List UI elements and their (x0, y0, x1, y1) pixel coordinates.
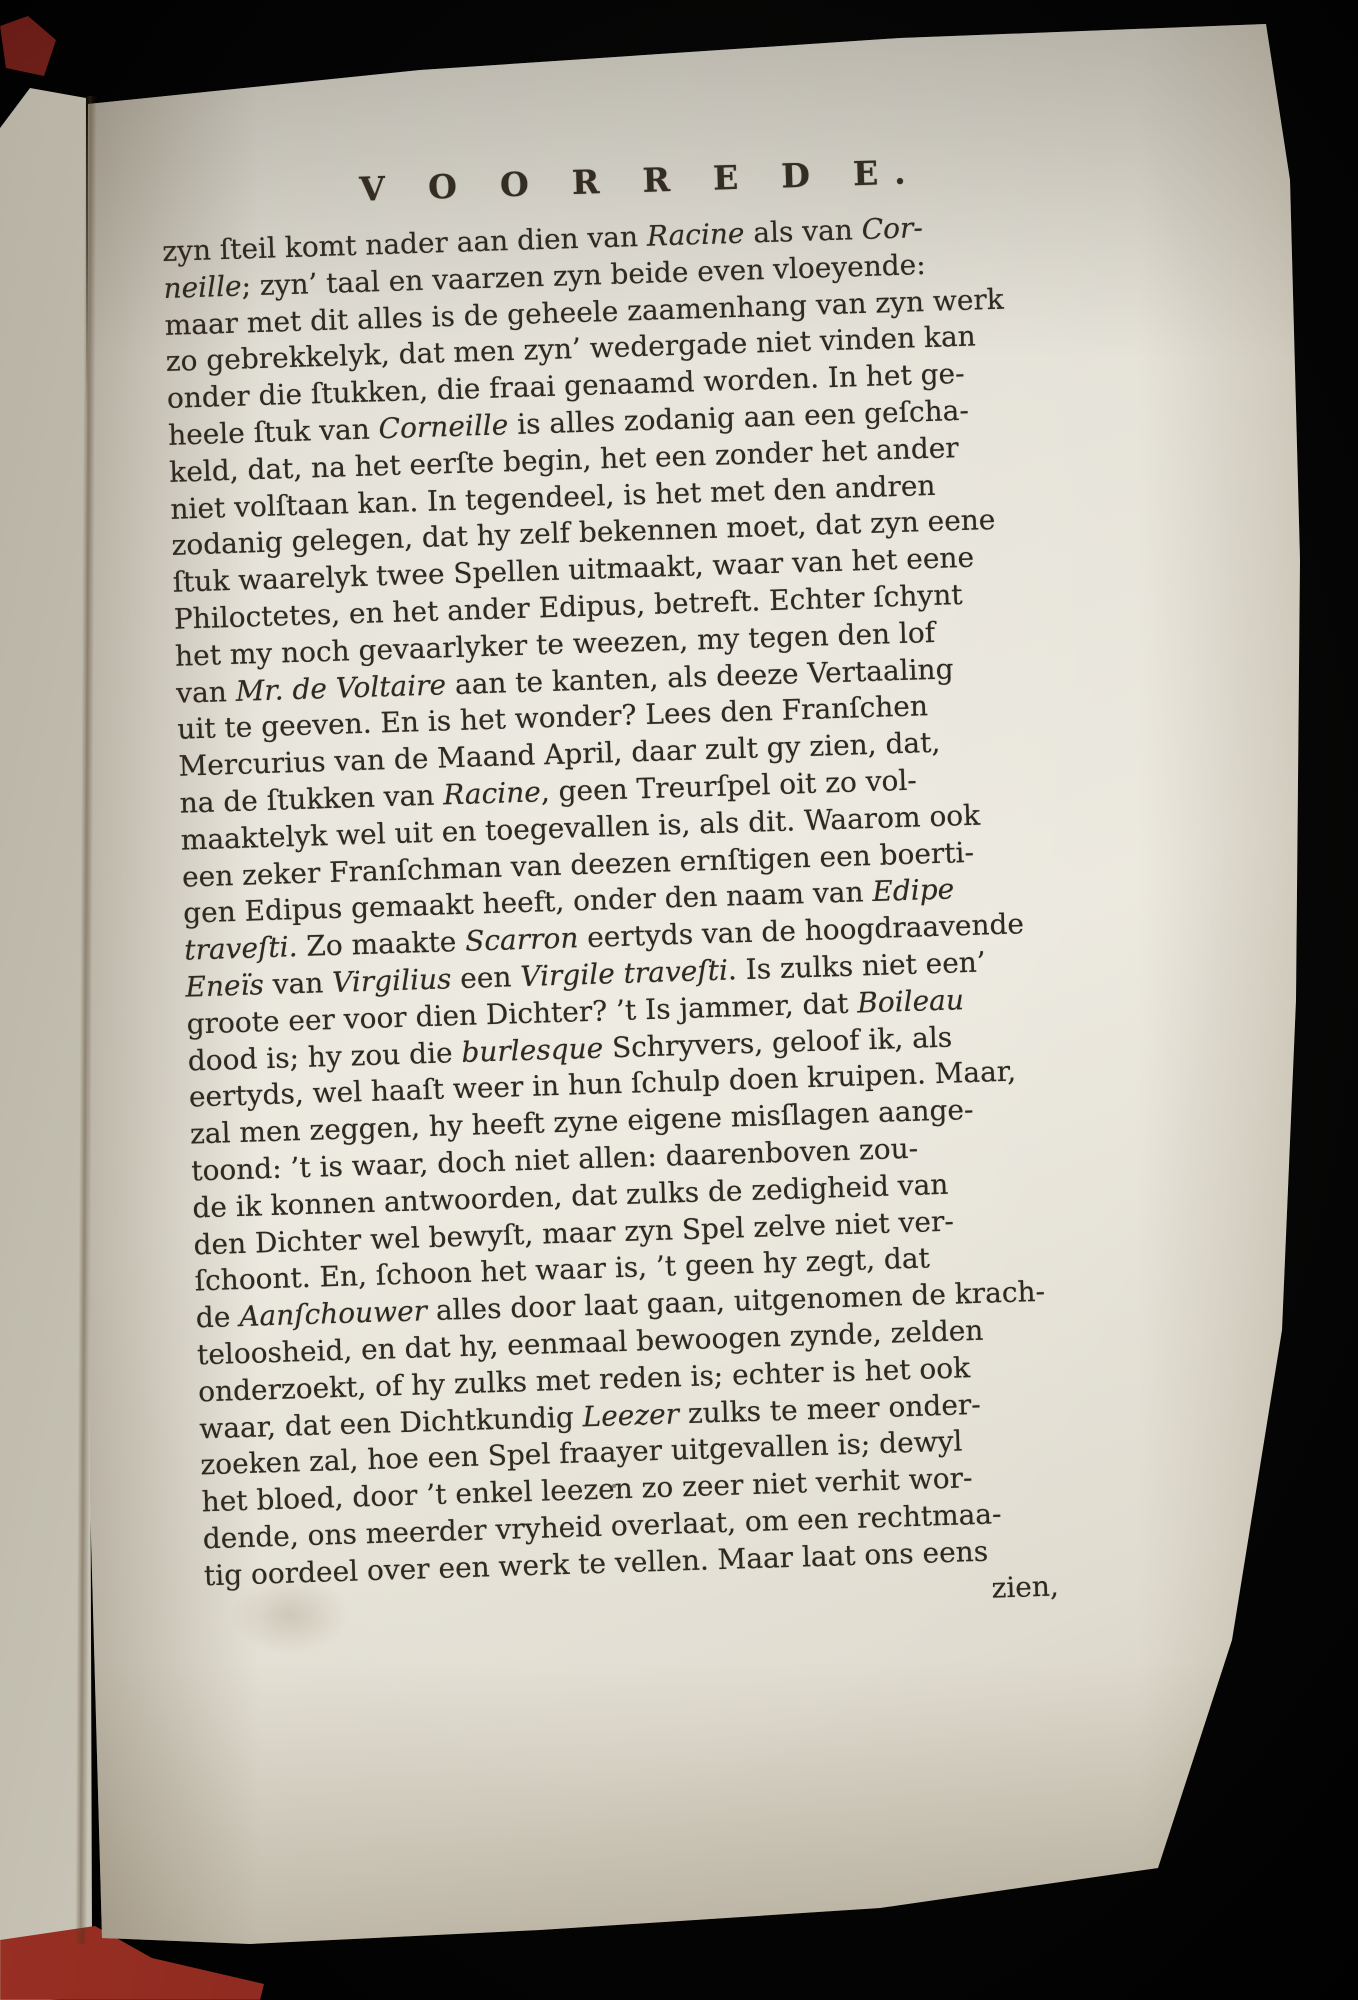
book-photo: V O O R R E D E. zyn ſteil komt nader aa… (0, 0, 1358, 2000)
book-page: V O O R R E D E. zyn ſteil komt nader aa… (0, 0, 1358, 2000)
text-lines: zyn ſteil komt nader aan dien van Racine… (162, 207, 1060, 1595)
text-block: V O O R R E D E. zyn ſteil komt nader aa… (160, 149, 1061, 1633)
